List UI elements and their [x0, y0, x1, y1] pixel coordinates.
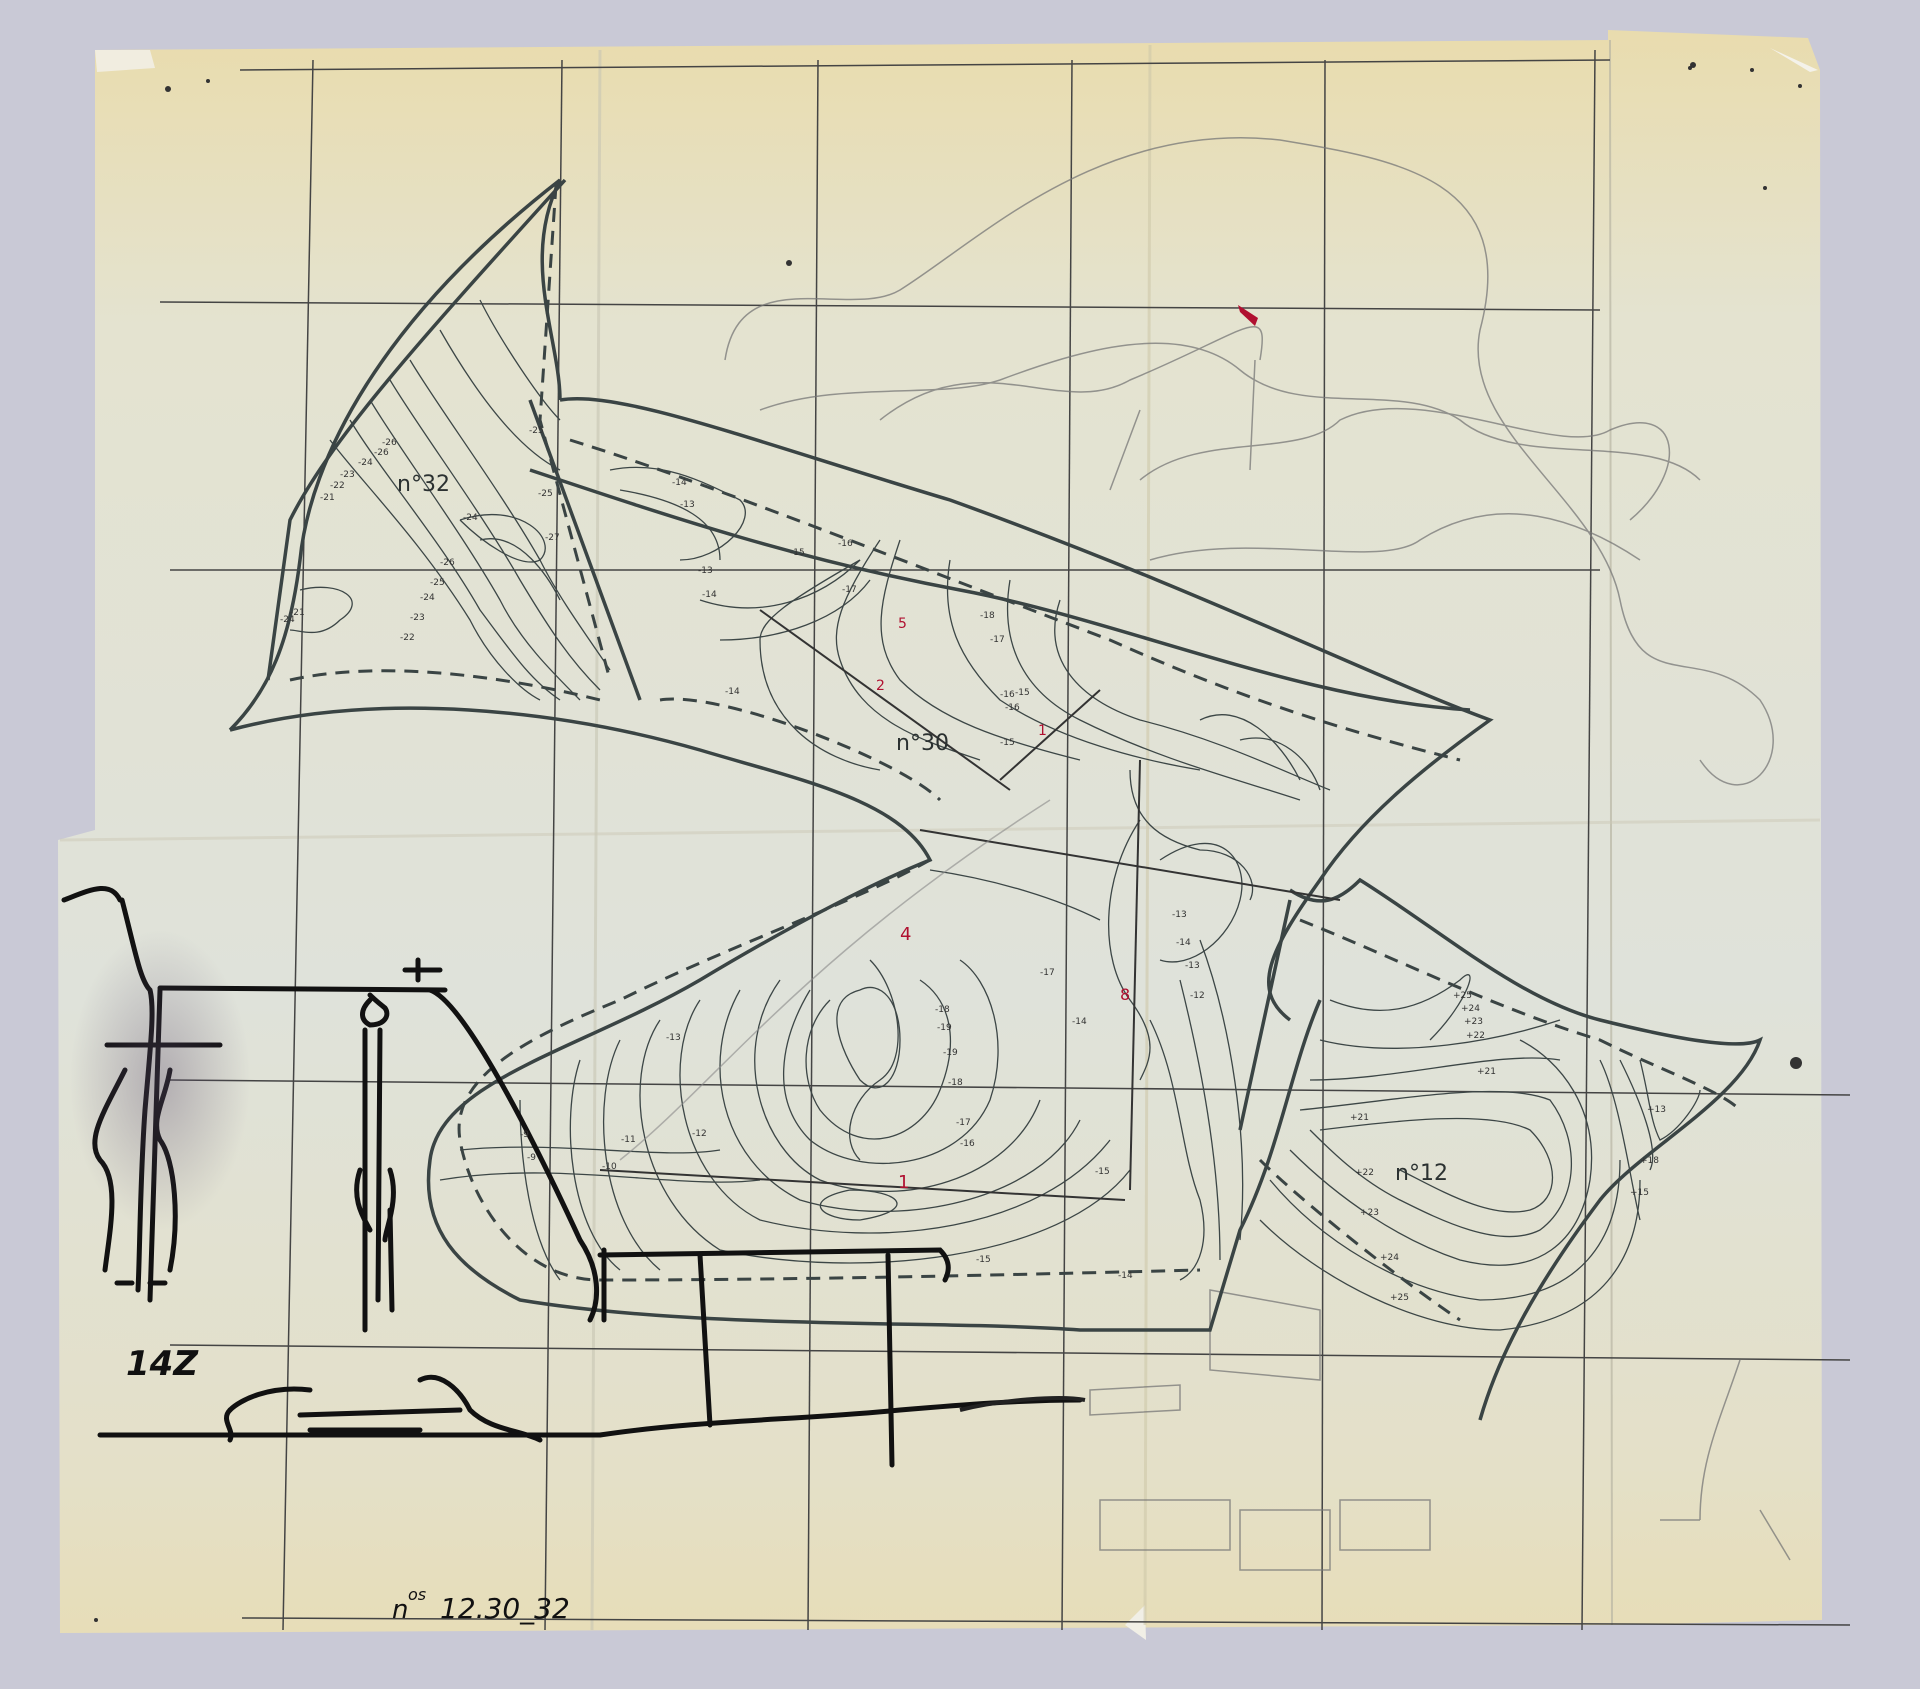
contour-label: -17: [956, 1118, 971, 1128]
contour-label: -18: [935, 1005, 950, 1015]
contour-label: -15: [976, 1255, 991, 1265]
contour-label: -19: [943, 1048, 958, 1058]
contour-label: +24: [1380, 1253, 1399, 1263]
contour-label: -24: [358, 458, 373, 468]
plot-30-label: n°30: [896, 731, 949, 756]
contour-label: +25: [1453, 991, 1472, 1001]
plot-12-label: n°12: [1395, 1161, 1448, 1186]
contour-label: -11: [621, 1135, 636, 1145]
contour-label: +13: [1647, 1105, 1666, 1115]
contour-label: -19: [937, 1023, 952, 1033]
contour-label: -26: [374, 448, 389, 458]
contour-label: -17: [1040, 968, 1055, 978]
contour-label: -26: [382, 438, 397, 448]
contour-label: -18: [980, 611, 995, 621]
contour-label: -16: [838, 539, 853, 549]
contour-label: -17: [990, 635, 1005, 645]
contour-label: -13: [680, 500, 695, 510]
contour-label: -16: [1000, 690, 1015, 700]
contour-label: -15: [1015, 688, 1030, 698]
contour-label: -23: [410, 613, 425, 623]
contour-label: +15: [1630, 1188, 1649, 1198]
contour-label: -18: [948, 1078, 963, 1088]
contour-label: -13: [698, 566, 713, 576]
contour-label: +25: [1390, 1293, 1409, 1303]
contour-label: +23: [1464, 1017, 1483, 1027]
contour-label: -15: [1095, 1167, 1110, 1177]
contour-label: +22: [1355, 1168, 1374, 1178]
contour-label: -14: [1118, 1271, 1133, 1281]
contour-label: +24: [1461, 1004, 1480, 1014]
contour-label: -21: [320, 493, 335, 503]
contour-label: +18: [1640, 1156, 1659, 1166]
sheet-reference-sup: os: [408, 1585, 426, 1604]
plot-32-label: n°32: [397, 472, 450, 497]
contour-label: -22: [330, 481, 345, 491]
contour-label: +21: [1477, 1067, 1496, 1077]
contour-label: -25: [529, 426, 544, 436]
contour-label: -25: [430, 578, 445, 588]
photograph: 5 2 1 4 8 1 n°32 n°30 n°12 n os 12.30_32…: [0, 0, 1920, 1689]
contour-label: +23: [1360, 1208, 1379, 1218]
contour-label: -15: [790, 548, 805, 558]
contour-label: -13: [666, 1033, 681, 1043]
sheet-reference-prefix: n: [392, 1595, 408, 1625]
contour-label: -12: [692, 1129, 707, 1139]
contour-label: -24: [420, 593, 435, 603]
contour-label: -24: [280, 615, 295, 625]
contour-label: -17: [842, 585, 857, 595]
contour-label: +21: [1350, 1113, 1369, 1123]
contour-label: +22: [1466, 1031, 1485, 1041]
sketch-number: 14Z: [126, 1344, 199, 1384]
contour-label: -9: [520, 1130, 529, 1140]
contour-label: -16: [960, 1139, 975, 1149]
contour-label: -27: [545, 533, 560, 543]
contour-label: -13: [1172, 910, 1187, 920]
sheet-reference: 12.30_32: [440, 1592, 570, 1625]
contour-label: -14: [702, 590, 717, 600]
contour-label: -24: [463, 513, 478, 523]
contour-label: -14: [725, 687, 740, 697]
contour-label: -14: [1072, 1017, 1087, 1027]
contour-label: -14: [1176, 938, 1191, 948]
contour-label: -26: [440, 558, 455, 568]
contour-label: -10: [602, 1162, 617, 1172]
labels-layer: n°32 n°30 n°12 n os 12.30_32 14Z -26 -26…: [0, 0, 1920, 1689]
contour-label: -9: [527, 1153, 536, 1163]
contour-label: -22: [400, 633, 415, 643]
contour-label: -13: [1185, 961, 1200, 971]
contour-label: -15: [1000, 738, 1015, 748]
contour-label: -12: [1190, 991, 1205, 1001]
contour-label: -25: [538, 489, 553, 499]
contour-label: -16: [1005, 703, 1020, 713]
contour-label: -14: [672, 478, 687, 488]
contour-label: -23: [340, 470, 355, 480]
